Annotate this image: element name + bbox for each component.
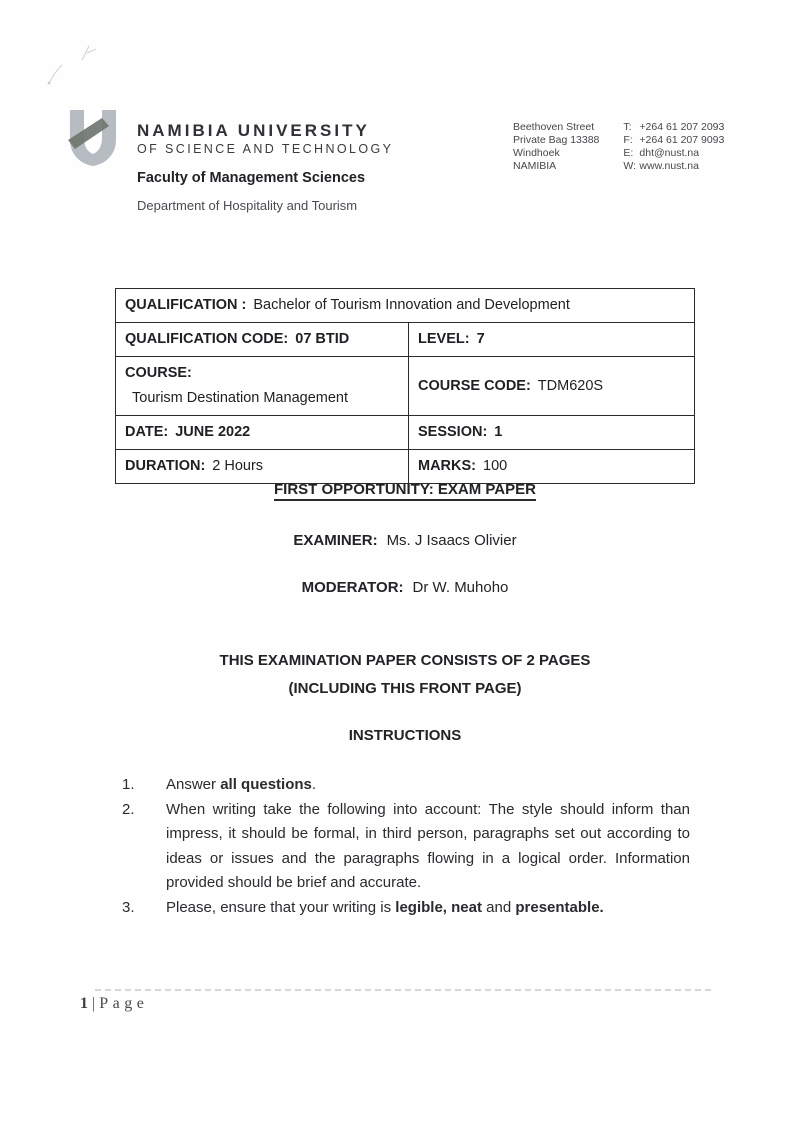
website-row: W: www.nust.na xyxy=(623,160,724,173)
address-line: Windhoek xyxy=(513,147,599,160)
website-url: www.nust.na xyxy=(639,160,699,173)
phone-number: +264 61 207 2093 xyxy=(639,121,724,134)
page-count-line1: THIS EXAMINATION PAPER CONSISTS OF 2 PAG… xyxy=(115,652,695,669)
nust-logo xyxy=(64,108,122,168)
university-wordmark: NAMIBIA UNIVERSITY OF SCIENCE AND TECHNO… xyxy=(137,120,393,158)
qualification-code-label: QUALIFICATION CODE: xyxy=(125,327,288,352)
exam-paper-page: NAMIBIA UNIVERSITY OF SCIENCE AND TECHNO… xyxy=(0,0,794,1122)
contact-label: W: xyxy=(623,160,639,173)
opportunity-title: FIRST OPPORTUNITY: EXAM PAPER xyxy=(115,481,695,498)
moderator-line: MODERATOR:Dr W. Muhoho xyxy=(115,579,695,596)
duration-label: DURATION: xyxy=(125,454,205,479)
table-row-date-session: DATE: JUNE 2022 SESSION: 1 xyxy=(116,415,694,449)
moderator-label: MODERATOR: xyxy=(302,579,404,596)
instructions-title: INSTRUCTIONS xyxy=(115,727,695,744)
contact-label: F: xyxy=(623,134,639,147)
footer-page-label: Page xyxy=(99,995,148,1012)
fax-number: +264 61 207 9093 xyxy=(639,134,724,147)
scan-artifact-line xyxy=(95,989,711,991)
qualification-code-value: 07 BTID xyxy=(295,327,349,352)
page-number: 1 xyxy=(80,995,88,1012)
phone-row: T: +264 61 207 2093 xyxy=(623,121,724,134)
table-row-code-level: QUALIFICATION CODE: 07 BTID LEVEL: 7 xyxy=(116,322,694,356)
postal-address: Beethoven Street Private Bag 13388 Windh… xyxy=(513,121,599,173)
address-block: Beethoven Street Private Bag 13388 Windh… xyxy=(513,121,724,173)
course-label: COURSE: xyxy=(125,361,192,386)
examiner-line: EXAMINER:Ms. J Isaacs Olivier xyxy=(115,532,695,549)
address-line: Beethoven Street xyxy=(513,121,599,134)
page-footer: 1|Page xyxy=(80,995,148,1013)
course-details-table: QUALIFICATION : Bachelor of Tourism Inno… xyxy=(115,288,695,484)
instruction-item-3: 3. Please, ensure that your writing is l… xyxy=(122,896,690,921)
item-text: Answer all questions. xyxy=(166,773,690,798)
session-label: SESSION: xyxy=(418,420,487,445)
email-row: E: dht@nust.na xyxy=(623,147,724,160)
qualification-label: QUALIFICATION : xyxy=(125,293,246,318)
instruction-item-2: 2. When writing take the following into … xyxy=(122,798,690,896)
session-value: 1 xyxy=(494,420,502,445)
course-code-label: COURSE CODE: xyxy=(418,374,531,399)
instructions-list: 1. Answer all questions. 2. When writing… xyxy=(122,773,690,920)
course-code-value: TDM620S xyxy=(538,374,603,399)
item-text: Please, ensure that your writing is legi… xyxy=(166,896,690,921)
contact-label: T: xyxy=(623,121,639,134)
university-subname: OF SCIENCE AND TECHNOLOGY xyxy=(137,142,393,158)
address-line: NAMIBIA xyxy=(513,160,599,173)
department-name: Department of Hospitality and Tourism xyxy=(137,198,357,213)
item-number: 1. xyxy=(122,773,166,798)
moderator-name: Dr W. Muhoho xyxy=(413,579,509,596)
address-line: Private Bag 13388 xyxy=(513,134,599,147)
marks-label: MARKS: xyxy=(418,454,476,479)
footer-separator: | xyxy=(92,995,95,1012)
date-label: DATE: xyxy=(125,420,168,445)
level-label: LEVEL: xyxy=(418,327,470,352)
fax-row: F: +264 61 207 9093 xyxy=(623,134,724,147)
instruction-item-1: 1. Answer all questions. xyxy=(122,773,690,798)
date-value: JUNE 2022 xyxy=(175,420,250,445)
marks-value: 100 xyxy=(483,454,507,479)
duration-value: 2 Hours xyxy=(212,454,263,479)
table-row-qualification: QUALIFICATION : Bachelor of Tourism Inno… xyxy=(116,289,694,322)
level-value: 7 xyxy=(477,327,485,352)
faculty-name: Faculty of Management Sciences xyxy=(137,170,365,186)
table-row-duration-marks: DURATION: 2 Hours MARKS: 100 xyxy=(116,449,694,483)
examiner-label: EXAMINER: xyxy=(293,532,377,549)
pencil-mark xyxy=(78,42,102,64)
page-count-line2: (INCLUDING THIS FRONT PAGE) xyxy=(115,680,695,697)
contact-details: T: +264 61 207 2093 F: +264 61 207 9093 … xyxy=(623,121,724,173)
contact-label: E: xyxy=(623,147,639,160)
table-row-course: COURSE: Tourism Destination Management C… xyxy=(116,356,694,415)
examiner-name: Ms. J Isaacs Olivier xyxy=(387,532,517,549)
item-text: When writing take the following into acc… xyxy=(166,798,690,896)
course-value: Tourism Destination Management xyxy=(132,386,348,411)
item-number: 3. xyxy=(122,896,166,921)
email-address: dht@nust.na xyxy=(639,147,699,160)
item-number: 2. xyxy=(122,798,166,896)
pencil-mark xyxy=(46,62,68,86)
qualification-value: Bachelor of Tourism Innovation and Devel… xyxy=(253,293,570,318)
university-name: NAMIBIA UNIVERSITY xyxy=(137,120,393,141)
